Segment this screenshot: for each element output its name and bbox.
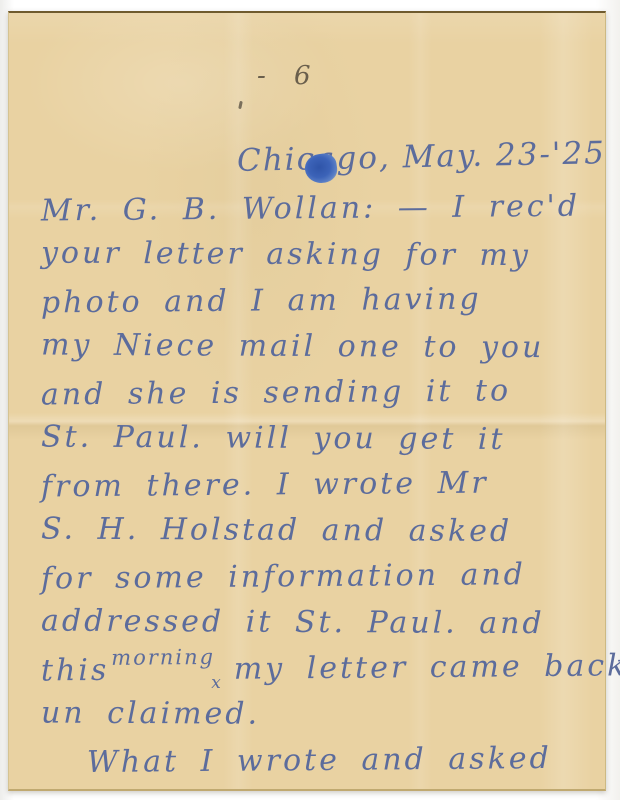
dateline: Chicago, May. 23-'25 — [237, 135, 607, 179]
letter-line: and she is sending it to — [41, 373, 601, 424]
letter-line: S. H. Holstad and asked — [41, 512, 601, 561]
scanned-letter-page: - 6 Chicago, May. 23-'25 Mr. G. B. Wolla… — [0, 0, 620, 800]
letter-line: St. Paul. will you get it — [41, 420, 601, 469]
pencil-speck — [238, 101, 243, 109]
insertion-before-text: this — [41, 653, 110, 689]
insertion-caret-mark: x — [211, 673, 224, 693]
letter-line: un claimed. — [41, 696, 601, 745]
letter-line: Mr. G. B. Wollan: — I rec'd — [41, 189, 601, 240]
letter-line: for some information and — [41, 557, 601, 608]
letter-body: Mr. G. B. Wollan: — I rec'd your letter … — [41, 191, 601, 789]
letter-line-with-insertion: thismorningxmy letter came back — [41, 649, 601, 700]
letter-line: What I wrote and asked — [41, 741, 601, 792]
letter-paper: - 6 Chicago, May. 23-'25 Mr. G. B. Wolla… — [8, 11, 606, 791]
insertion-after-text: my letter came back — [234, 648, 620, 686]
letter-line: my Niece mail one to you — [41, 328, 601, 377]
letter-line: from there. I wrote Mr — [41, 465, 601, 516]
inserted-word: morning — [111, 645, 215, 670]
letter-line: your letter asking for my — [41, 236, 601, 285]
page-number-annotation: - 6 — [257, 61, 321, 91]
letter-line: photo and I am having — [41, 281, 601, 332]
